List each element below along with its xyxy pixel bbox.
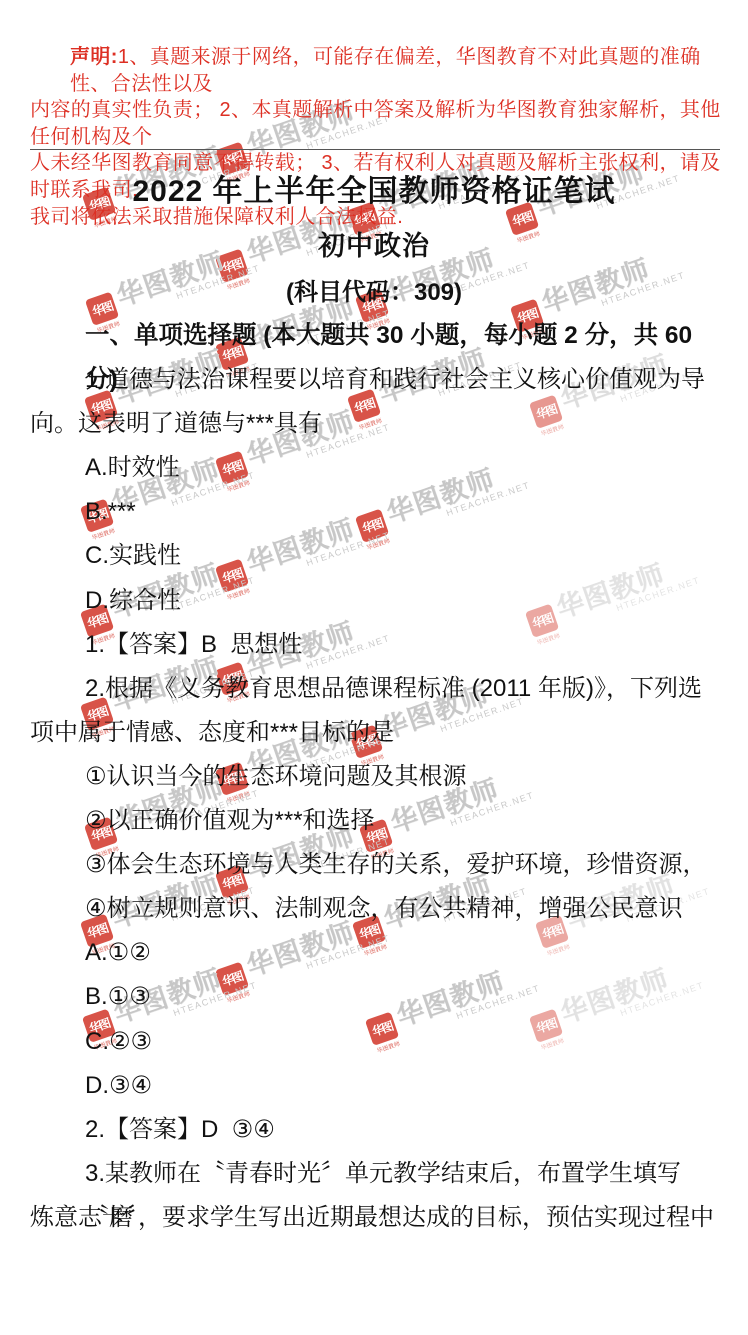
question-1-line-2: 向。这表明了道德与***具有 xyxy=(30,402,722,446)
content: 一、单项选择题 (本大题共 30 小题，每小题 2 分，共 60 分)1.道德与… xyxy=(30,314,722,1240)
q1-option-c: C.实践性 xyxy=(30,534,722,578)
q1-option-d: D.综合性 xyxy=(30,579,722,623)
answer-2: 2.【答案】D ③④ xyxy=(30,1108,722,1152)
q2-item-4: ④树立规则意识、法制观念，有公共精神，增强公民意识 xyxy=(30,887,722,931)
q2-item-3: ③体会生态环境与人类生存的关系，爱护环境，珍惜资源， xyxy=(30,843,722,887)
question-3-line-1: 3.某教师在〝青春时光〞单元教学结束后，布置学生填写〝磨 xyxy=(30,1152,722,1196)
q2-option-c: C.②③ xyxy=(30,1020,722,1064)
subject-code: (科目代码：309) xyxy=(0,277,748,309)
q2-item-1: ①认识当今的生态环境问题及其根源 xyxy=(30,755,722,799)
exam-document-page: 华图华图教师华图教师HTEACHER.NET华图华图教师华图教师HTEACHER… xyxy=(0,0,748,1335)
q2-option-b: B.①③ xyxy=(30,975,722,1019)
question-1-line-1: 1.道德与法治课程要以培育和践行社会主义核心价值观为导 xyxy=(30,358,722,402)
q1-option-b: B.*** xyxy=(30,490,722,534)
divider xyxy=(30,149,720,150)
document-content: 声明:1、真题来源于网络，可能存在偏差，华图教育不对此真题的准确性、合法性以及 … xyxy=(0,0,748,1335)
q2-option-a: A.①② xyxy=(30,931,722,975)
section-heading: 一、单项选择题 (本大题共 30 小题，每小题 2 分，共 60 分) xyxy=(30,314,722,358)
q2-item-2: ②以正确价值观为***和选择 xyxy=(30,799,722,843)
disclaimer-text: 1、真题来源于网络，可能存在偏差，华图教育不对此真题的准确性、合法性以及 xyxy=(70,46,701,95)
question-3-line-2: 炼意志卡〞，要求学生写出近期最想达成的目标，预估实现过程中 xyxy=(30,1196,722,1240)
disclaimer-label: 声明: xyxy=(70,46,118,68)
disclaimer-line: 内容的真实性负责； 2、本真题解析中答案及解析为华图教育独家解析，其他任何机构及… xyxy=(30,97,722,150)
subject-title: 初中政治 xyxy=(0,229,748,263)
answer-1: 1.【答案】B 思想性 xyxy=(30,623,722,667)
q1-option-a: A.时效性 xyxy=(30,446,722,490)
q2-option-d: D.③④ xyxy=(30,1064,722,1108)
page-title: 2022 年上半年全国教师资格证笔试 xyxy=(0,174,748,210)
question-2-line-1: 2.根据《义务教育思想品德课程标准 (2011 年版)》，下列选 xyxy=(30,667,722,711)
disclaimer-line: 声明:1、真题来源于网络，可能存在偏差，华图教育不对此真题的准确性、合法性以及 xyxy=(30,44,722,97)
question-2-line-2: 项中属于情感、态度和***目标的是 xyxy=(30,711,722,755)
